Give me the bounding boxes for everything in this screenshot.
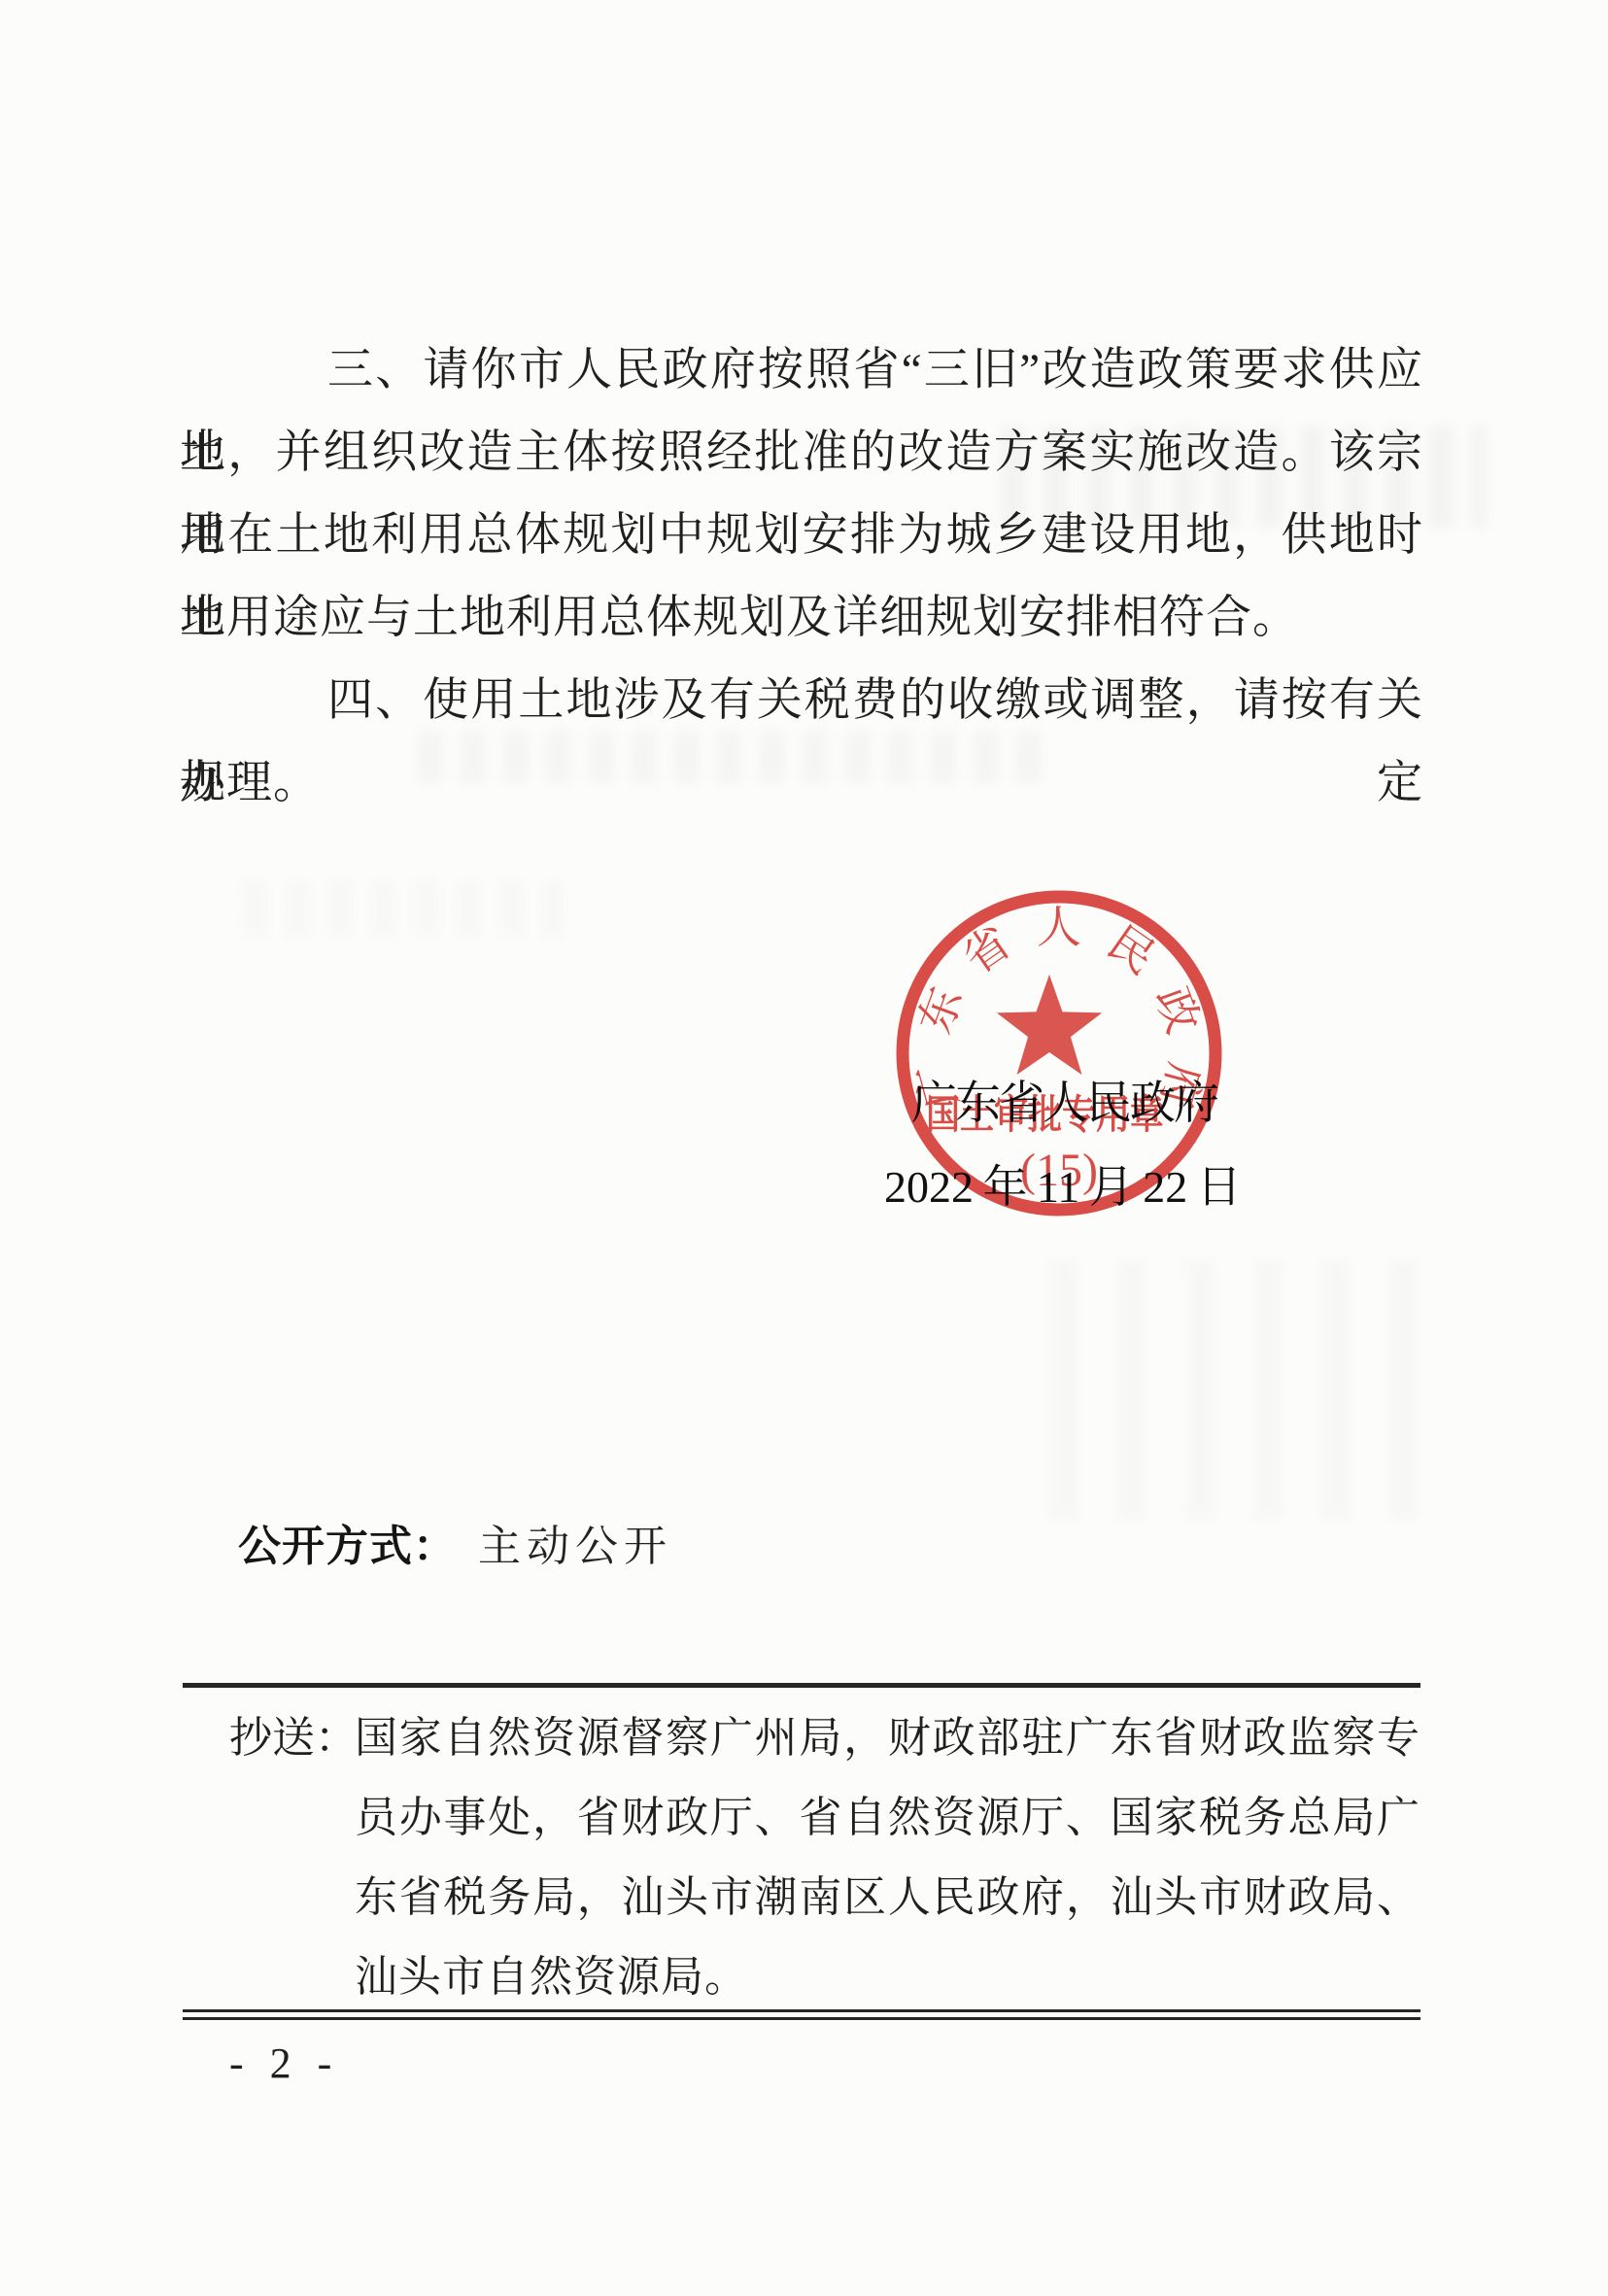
cc-line: 国家自然资源督察广州局，财政部驻广东省财政监察专 <box>355 1698 1420 1778</box>
seal-arc-char: 人 <box>1037 903 1081 952</box>
letter-body: 三、请你市人民政府按照省“三旧”改造政策要求供应土 地，并组织改造主体按照经批准… <box>180 329 1423 825</box>
page-number: - 2 - <box>229 2039 339 2088</box>
body-line: 地，并组织改造主体按照经批准的改造方案实施改造。该宗用 <box>180 412 1423 495</box>
cc-line: 员办事处，省财政厅、省自然资源厅、国家税务总局广 <box>355 1778 1420 1858</box>
disclosure-value: 主动公开 <box>478 1523 672 1570</box>
disclosure-label: 公开方式： <box>238 1523 457 1570</box>
seal-star <box>997 975 1102 1075</box>
document-page: 三、请你市人民政府按照省“三旧”改造政策要求供应土 地，并组织改造主体按照经批准… <box>0 0 1608 2296</box>
cc-list: 国家自然资源督察广州局，财政部驻广东省财政监察专 员办事处，省财政厅、省自然资源… <box>355 1698 1420 2017</box>
issuer-signature: 广东省人民政府 <box>911 1067 1217 1132</box>
cc-line: 汕头市自然资源局。 <box>355 1937 1420 2017</box>
body-line: 三、请你市人民政府按照省“三旧”改造政策要求供应土 <box>180 329 1423 412</box>
cc-separator-top <box>183 1683 1420 1688</box>
bleedthrough-smudge <box>243 879 564 938</box>
cc-line: 东省税务局，汕头市潮南区人民政府，汕头市财政局、 <box>355 1858 1420 1937</box>
body-line: 地在土地利用总体规划中规划安排为城乡建设用地，供地时土 <box>180 495 1423 577</box>
signature-date: 2022 年 11 月 22 日 <box>884 1151 1242 1216</box>
body-line: 四、使用土地涉及有关税费的收缴或调整，请按有关规定 <box>180 660 1423 742</box>
bleedthrough-smudge <box>1049 1258 1438 1521</box>
body-line: 地用途应与土地利用总体规划及详细规划安排相符合。 <box>180 577 1423 660</box>
disclosure-line: 公开方式：主动公开 <box>238 1518 672 1576</box>
cc-separator-bottom <box>183 2009 1420 2020</box>
cc-label: 抄送： <box>229 1698 358 1778</box>
